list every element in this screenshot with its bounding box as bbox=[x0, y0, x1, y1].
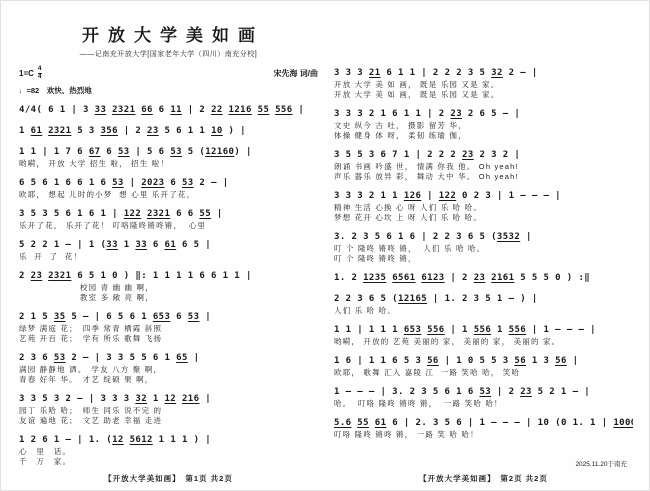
beamed-note-group: 53 bbox=[118, 147, 130, 157]
score-line: 2 3 6 53 2 — | 3 3 5 5 6 1 65 |满园 静静地 洒。… bbox=[19, 352, 318, 385]
page-1-lines: 4/4( 6 1 | 3 33 2321 66 6 11 | 2 22 1216… bbox=[19, 96, 318, 467]
beamed-note-group: 32 bbox=[135, 394, 147, 404]
score-line: 2 23 2321 6 5 1 0 ) ‖: 1 1 1 1 6 6 1 1 |… bbox=[19, 270, 318, 303]
beamed-note-group: 23 bbox=[520, 387, 532, 397]
beamed-note-group: 65 bbox=[176, 353, 188, 363]
expression-text: 欢快、热烈地 bbox=[47, 86, 92, 95]
beamed-note-group: 55 bbox=[258, 105, 270, 115]
lyric-line: 叮 个 隆咚 锵咚 锵， bbox=[334, 254, 633, 264]
song-subtitle: ——记南充开放大学[国家老年大学（四川）南充分校] bbox=[19, 49, 318, 59]
beamed-note-group: 2321 bbox=[48, 271, 71, 281]
score-sheet: 开放大学美如画 ——记南充开放大学[国家老年大学（四川）南充分校] 1=C 4 … bbox=[0, 0, 650, 491]
beamed-note-group: 53 bbox=[188, 312, 200, 322]
music-notation-line: 5.6 55 61 6 | 2. 3 5 6 | 1 — — — | 10 (0… bbox=[334, 417, 633, 430]
lyric-line: 哟嗬， 开放 大学 招生 啦， 招生 啦！ bbox=[19, 159, 318, 169]
lyric-line: 乐开了花， 乐开了花！ 叮咯隆咚锵咚锵， 心里 bbox=[19, 221, 318, 231]
music-notation-line: 3 5 5 3 6 7 1 | 2 2 2 23 2 3 2 | bbox=[334, 149, 633, 162]
music-notation-line: 1 1 | 1 7 6 67 6 53 | 5 6 53 5 (12160) | bbox=[19, 146, 318, 159]
beamed-note-group: 5612 bbox=[130, 435, 153, 445]
beamed-note-group: 23 bbox=[450, 109, 462, 119]
score-line: 1 6 | 1 1 6 5 3 56 | 1 0 5 5 3 56 1 3 56… bbox=[334, 355, 633, 378]
beamed-note-group: 61 bbox=[165, 240, 177, 250]
beamed-note-group: 55 bbox=[199, 209, 211, 219]
beamed-note-group: 3532 bbox=[497, 232, 520, 242]
lyric-line: 哟嗬， 开放的 艺苑 美丽的 家， 美丽的 家， 美丽的 家。 bbox=[334, 337, 633, 347]
lyric-line: 教室 多 敞 亮 啊， bbox=[19, 293, 318, 303]
music-notation-line: 2 1 5 35 5 — | 6 5 6 1 653 6 53 | bbox=[19, 311, 318, 324]
score-line: 2 2 3 6 5 (12165 | 1. 2 3 5 1 — ) |人们 乐 … bbox=[334, 293, 633, 316]
lyric-line: 文史 纵今 古 吐， 摄影 留芳 华， bbox=[334, 121, 633, 131]
key-signature: 1=C 4 4 bbox=[19, 66, 42, 81]
score-line: 3 3 5 3 2 — | 3 3 3 32 1 12 216 |园丁 乐哈 哈… bbox=[19, 393, 318, 426]
beamed-note-group: 653 bbox=[404, 325, 421, 335]
beamed-note-group: 2321 bbox=[112, 105, 135, 115]
music-notation-line: 1 6 | 1 1 6 5 3 56 | 1 0 5 5 3 56 1 3 56… bbox=[334, 355, 633, 368]
tempo-marking: ♩=82 欢快、热烈地 bbox=[19, 85, 318, 96]
beamed-note-group: 653 bbox=[153, 312, 170, 322]
beamed-note-group: 11 bbox=[170, 105, 182, 115]
lyric-line: 校园 青 幽 幽 啊， bbox=[19, 283, 318, 293]
score-line: 3 3 3 21 6 1 1 | 2 2 2 3 5 32 2 — |开放 大学… bbox=[334, 67, 633, 100]
footer-title: 【开放大学美如画】 bbox=[104, 474, 177, 483]
beamed-note-group: 56 bbox=[514, 356, 526, 366]
score-line: 1 1 | 1 1 1 653 556 | 1 556 1 556 | 1 — … bbox=[334, 324, 633, 347]
lyric-line: 朗诵 书画 吟盛 世， 情满 你我 他。 Oh yeah! bbox=[334, 162, 633, 172]
date-note: 2025.11.20于南充 bbox=[334, 459, 633, 468]
beamed-note-group: 556 bbox=[427, 325, 444, 335]
beamed-note-group: 5.6 bbox=[334, 418, 351, 428]
beamed-note-group: 556 bbox=[509, 325, 526, 335]
beamed-note-group: 12 bbox=[164, 394, 176, 404]
music-notation-line: 3 3 3 21 6 1 1 | 2 2 2 3 5 32 2 — | bbox=[334, 67, 633, 80]
beamed-note-group: 2023 bbox=[141, 178, 164, 188]
beamed-note-group: 23 bbox=[474, 273, 486, 283]
lyric-line: 精神 生活 心换 心 呀 人们 乐 哈 哈。 bbox=[334, 203, 633, 213]
lyric-line: 乐 开 了 花！ bbox=[19, 252, 318, 262]
beamed-note-group: 12160 bbox=[205, 147, 234, 157]
page-2-lines: 3 3 3 21 6 1 1 | 2 2 2 3 5 32 2 — |开放 大学… bbox=[334, 59, 633, 440]
time-denominator: 4 bbox=[38, 73, 42, 81]
lyric-line: 人们 乐 哈 哈。 bbox=[334, 306, 633, 316]
beamed-note-group: 356 bbox=[100, 126, 117, 136]
beamed-note-group: 6123 bbox=[421, 273, 444, 283]
music-notation-line: 1 2 6 1 — | 1. (12 5612 1 1 1 ) | bbox=[19, 434, 318, 447]
beamed-note-group: 61 bbox=[31, 126, 43, 136]
beamed-note-group: 66 bbox=[141, 105, 153, 115]
page-1-footer: 【开放大学美如画】 第1页 共2页 bbox=[19, 470, 318, 486]
lyric-line: 心 里 话。 bbox=[19, 447, 318, 457]
lyric-line: 欧耶， 想起 儿时的小梦 想 心里 乐开了花， bbox=[19, 190, 318, 200]
lyric-line: 声乐 器乐 放异 彩， 舞动 大中 华。 Oh yeah! bbox=[334, 172, 633, 182]
beamed-note-group: 12 bbox=[112, 435, 124, 445]
music-notation-line: 3 5 3 5 6 1 6 1 | 122 2321 6 6 55 | bbox=[19, 208, 318, 221]
score-line: 3 3 3 2 1 1 126 | 122 0 2 3 | 1 — — — |精… bbox=[334, 190, 633, 223]
lyric-line: 满园 静静地 洒。 学友 八方 聚 啊， bbox=[19, 365, 318, 375]
beamed-note-group: 32 bbox=[491, 68, 503, 78]
tempo-value: ♩=82 bbox=[19, 86, 39, 95]
score-line: 5 2 2 1 — | 1 (33 1 33 6 61 6 5 |乐 开 了 花… bbox=[19, 239, 318, 262]
music-notation-line: 4/4( 6 1 | 3 33 2321 66 6 11 | 2 22 1216… bbox=[19, 104, 318, 117]
beamed-note-group: 122 bbox=[124, 209, 141, 219]
meta-row: 1=C 4 4 宋先海 词/曲 bbox=[19, 66, 318, 81]
music-notation-line: 2 3 6 53 2 — | 3 3 5 5 6 1 65 | bbox=[19, 352, 318, 365]
beamed-note-group: 6561 bbox=[392, 273, 415, 283]
lyric-line: 体操 健身 体 呀， 柔韧 练瑜 伽， bbox=[334, 131, 633, 141]
score-line: 1 — — — | 3. 2 3 5 6 1 6 53 | 2 23 5 2 1… bbox=[334, 386, 633, 409]
lyric-line: 友谊 遍地 花； 文艺 助老 幸福 走进 bbox=[19, 416, 318, 426]
beamed-note-group: 12165 bbox=[398, 294, 427, 304]
beamed-note-group: 2321 bbox=[147, 209, 170, 219]
lyric-line: 叮咯 隆咚 锵咚 锵， 一路 笑 哈 哈！ bbox=[334, 430, 633, 440]
score-header: 开放大学美如画 ——记南充开放大学[国家老年大学（四川）南充分校] 1=C 4 … bbox=[19, 7, 318, 96]
score-line: 2 1 5 35 5 — | 6 5 6 1 653 6 53 |绿梦 满庭 花… bbox=[19, 311, 318, 344]
beamed-note-group: 61 bbox=[375, 418, 387, 428]
beamed-note-group: 23 bbox=[31, 271, 43, 281]
music-notation-line: 2 2 3 6 5 (12165 | 1. 2 3 5 1 — ) | bbox=[334, 293, 633, 306]
music-notation-line: 3 3 3 2 1 1 126 | 122 0 2 3 | 1 — — — | bbox=[334, 190, 633, 203]
score-line: 5.6 55 61 6 | 2. 3 5 6 | 1 — — — | 10 (0… bbox=[334, 417, 633, 440]
page-2-footer: 【开放大学美如画】 第2页 共2页 bbox=[334, 470, 633, 486]
beamed-note-group: 1000 bbox=[613, 418, 633, 428]
music-notation-line: 1 1 | 1 1 1 653 556 | 1 556 1 556 | 1 — … bbox=[334, 324, 633, 337]
lyric-line: 艺苑 开百 花； 学有 所乐 歌舞 飞扬 bbox=[19, 334, 318, 344]
lyric-line: 青春 好年 华。 才艺 绽硕 果 啊， bbox=[19, 375, 318, 385]
beamed-note-group: 56 bbox=[427, 356, 439, 366]
beamed-note-group: 21 bbox=[369, 68, 381, 78]
beamed-note-group: 55 bbox=[357, 418, 369, 428]
lyric-line: 开放 大学 美 如 画， 既是 乐园 又是 家。 bbox=[334, 90, 633, 100]
music-notation-line: 3 3 5 3 2 — | 3 3 3 32 1 12 216 | bbox=[19, 393, 318, 406]
score-line: 4/4( 6 1 | 3 33 2321 66 6 11 | 2 22 1216… bbox=[19, 104, 318, 117]
lyric-line: 梦想 花开 心坎 上 呀 人们 乐 哈 哈。 bbox=[334, 213, 633, 223]
song-title: 开放大学美如画 bbox=[19, 21, 318, 46]
footer-page-number: 第2页 共2页 bbox=[500, 474, 547, 483]
beamed-note-group: 122 bbox=[439, 191, 456, 201]
music-notation-line: 3. 2 3 5 6 1 6 | 2 2 3 6 5 (3532 | bbox=[334, 231, 633, 244]
beamed-note-group: 53 bbox=[170, 147, 182, 157]
key-label: 1=C bbox=[19, 69, 34, 78]
composer-credit: 宋先海 词/曲 bbox=[274, 68, 318, 79]
beamed-note-group: 1216 bbox=[229, 105, 252, 115]
score-line: 3. 2 3 5 6 1 6 | 2 2 3 6 5 (3532 |叮 个 隆咚… bbox=[334, 231, 633, 264]
beamed-note-group: 33 bbox=[135, 240, 147, 250]
lyric-line: 哈。 叮咯 隆咚 锵咚 锵， 一路 笑哈 哈！ bbox=[334, 399, 633, 409]
lyric-line: 千 万 家。 bbox=[19, 457, 318, 467]
footer-page-number: 第1页 共2页 bbox=[185, 474, 232, 483]
beamed-note-group: 10 bbox=[211, 126, 223, 136]
beamed-note-group: 33 bbox=[106, 240, 118, 250]
score-line: 3 5 3 5 6 1 6 1 | 122 2321 6 6 55 |乐开了花，… bbox=[19, 208, 318, 231]
beamed-note-group: 67 bbox=[89, 147, 101, 157]
beamed-note-group: 23 bbox=[462, 150, 474, 160]
music-notation-line: 1 61 2321 5 3 356 | 2 23 5 6 1 1 10 ) | bbox=[19, 125, 318, 138]
beamed-note-group: 53 bbox=[479, 387, 491, 397]
music-notation-line: 1. 2 1235 6561 6123 | 2 23 2161 5 5 5 0 … bbox=[334, 272, 633, 285]
music-notation-line: 1 — — — | 3. 2 3 5 6 1 6 53 | 2 23 5 2 1… bbox=[334, 386, 633, 399]
score-line: 1. 2 1235 6561 6123 | 2 23 2161 5 5 5 0 … bbox=[334, 272, 633, 285]
beamed-note-group: 23 bbox=[147, 126, 159, 136]
music-notation-line: 6 5 6 1 6 6 1 6 53 | 2023 6 53 2 — | bbox=[19, 177, 318, 190]
beamed-note-group: 33 bbox=[95, 105, 107, 115]
beamed-note-group: 216 bbox=[182, 394, 199, 404]
score-line: 6 5 6 1 6 6 1 6 53 | 2023 6 53 2 — |欧耶， … bbox=[19, 177, 318, 200]
beamed-note-group: 2321 bbox=[48, 126, 71, 136]
music-notation-line: 3 3 3 2 1 6 1 1 | 2 23 2 6 5 — | bbox=[334, 108, 633, 121]
score-line: 1 1 | 1 7 6 67 6 53 | 5 6 53 5 (12160) |… bbox=[19, 146, 318, 169]
music-notation-line: 2 23 2321 6 5 1 0 ) ‖: 1 1 1 1 6 6 1 1 | bbox=[19, 270, 318, 283]
footer-title: 【开放大学美如画】 bbox=[419, 474, 492, 483]
score-line: 1 2 6 1 — | 1. (12 5612 1 1 1 ) |心 里 话。千… bbox=[19, 434, 318, 467]
lyric-line: 叮 个 隆咚 锵咚 锵， 人们 乐 哈 哈。 bbox=[334, 244, 633, 254]
beamed-note-group: 1235 bbox=[363, 273, 386, 283]
lyric-line: 园丁 乐哈 哈； 师生 同乐 说不完 的 bbox=[19, 406, 318, 416]
beamed-note-group: 53 bbox=[182, 178, 194, 188]
lyric-line: 欧耶， 歌舞 汇入 嘉陵 江 一路 笑哈 哈， 笑哈 bbox=[334, 368, 633, 378]
music-notation-line: 5 2 2 1 — | 1 (33 1 33 6 61 6 5 | bbox=[19, 239, 318, 252]
page-1: 开放大学美如画 ——记南充开放大学[国家老年大学（四川）南充分校] 1=C 4 … bbox=[19, 7, 318, 486]
beamed-note-group: 53 bbox=[54, 353, 66, 363]
score-line: 3 3 3 2 1 6 1 1 | 2 23 2 6 5 — |文史 纵今 古 … bbox=[334, 108, 633, 141]
beamed-note-group: 53 bbox=[112, 178, 124, 188]
beamed-note-group: 35 bbox=[54, 312, 66, 322]
beamed-note-group: 556 bbox=[474, 325, 491, 335]
page-2: 3 3 3 21 6 1 1 | 2 2 2 3 5 32 2 — |开放 大学… bbox=[334, 7, 633, 486]
beamed-note-group: 56 bbox=[555, 356, 567, 366]
beamed-note-group: 2161 bbox=[491, 273, 514, 283]
score-line: 1 61 2321 5 3 356 | 2 23 5 6 1 1 10 ) | bbox=[19, 125, 318, 138]
score-line: 3 5 5 3 6 7 1 | 2 2 2 23 2 3 2 |朗诵 书画 吟盛… bbox=[334, 149, 633, 182]
beamed-note-group: 22 bbox=[211, 105, 223, 115]
time-numerator: 4 bbox=[38, 66, 42, 73]
time-signature: 4 4 bbox=[38, 66, 42, 81]
lyric-line: 开放 大学 美 如 画， 既是 乐园 又是 家。 bbox=[334, 80, 633, 90]
beamed-note-group: 126 bbox=[404, 191, 421, 201]
lyric-line: 绿梦 满庭 花； 四季 常青 栖霞 斜照 bbox=[19, 324, 318, 334]
beamed-note-group: 556 bbox=[275, 105, 292, 115]
